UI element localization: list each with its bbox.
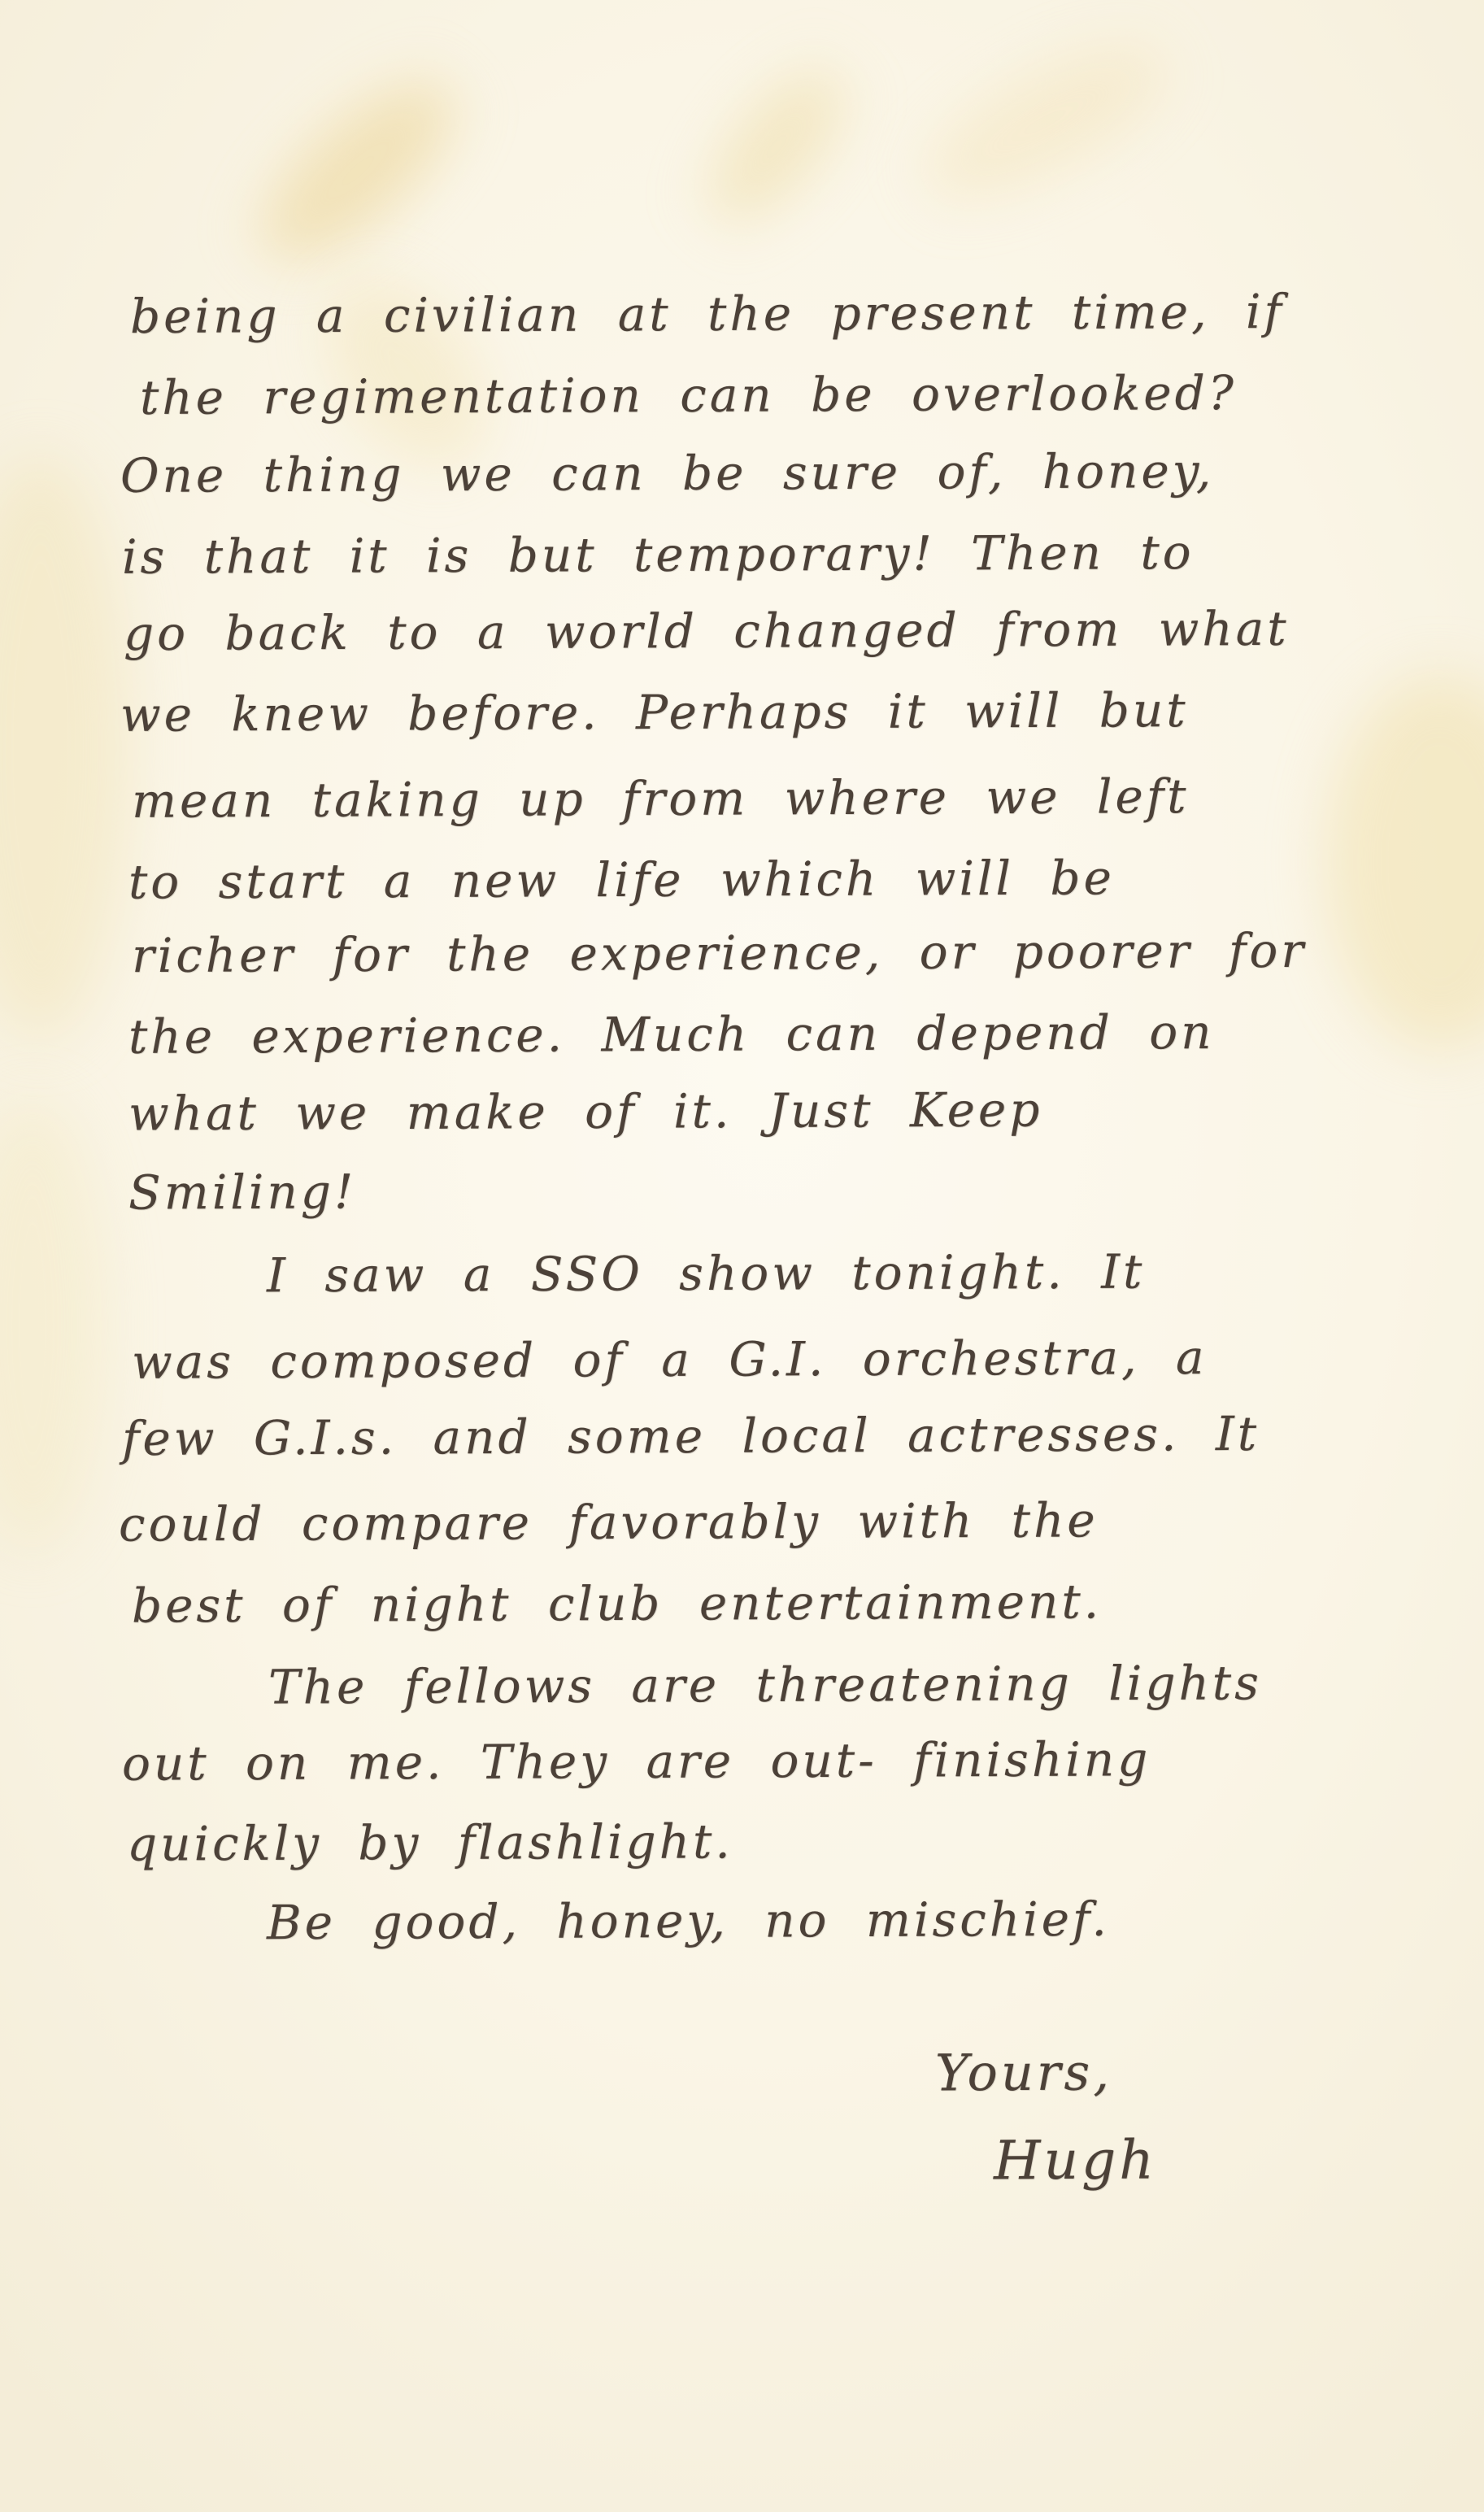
handwriting-line: go back to a world changed from what (124, 601, 1290, 661)
handwriting-line: could compare favorably with the (119, 1492, 1099, 1552)
paper-stain (0, 1098, 106, 1553)
handwriting-line: was composed of a G.I. orchestra, a (132, 1330, 1208, 1390)
handwriting-line: mean taking up from where we left (132, 768, 1190, 829)
handwriting-line: few G.I.s. and some local actresses. It (122, 1406, 1260, 1466)
paper-stain (685, 49, 868, 244)
handwriting-line: richer for the experience, or poorer for (132, 923, 1307, 983)
letter-signature: Hugh (994, 2129, 1157, 2192)
paper-stain (234, 53, 481, 289)
handwriting-line: quickly by flashlight. (127, 1813, 733, 1871)
paper-stain (0, 455, 130, 1041)
handwriting-line: being a civilian at the present time, if (130, 284, 1285, 344)
paper-stain (1325, 675, 1484, 1049)
handwriting-line: Smiling! (128, 1164, 356, 1220)
handwriting-line: is that it is but temporary! Then to (122, 525, 1195, 585)
handwriting-line: The fellows are threatening lights (268, 1655, 1262, 1714)
letter-valediction: Yours, (935, 2043, 1112, 2103)
handwriting-line: out on me. They are out- finishing (122, 1731, 1151, 1791)
handwriting-line: I saw a SSO show tonight. It (267, 1244, 1146, 1304)
handwriting-line: the regimentation can be overlooked? (140, 365, 1237, 425)
handwriting-line: we knew before. Perhaps it will but (120, 682, 1189, 742)
handwriting-line: what we make of it. Just Keep (128, 1082, 1043, 1142)
paper-stain (903, 16, 1186, 229)
handwriting-line: best of night club entertainment. (132, 1574, 1102, 1633)
letter-page: being a civilian at the present time, if… (0, 0, 1484, 2512)
handwriting-line: to start a new life which will be (128, 850, 1115, 909)
handwriting-line: the experience. Much can depend on (128, 1004, 1215, 1064)
handwriting-line: Be good, honey, no mischief. (267, 1892, 1110, 1951)
handwriting-line: One thing we can be sure of, honey, (120, 443, 1214, 503)
